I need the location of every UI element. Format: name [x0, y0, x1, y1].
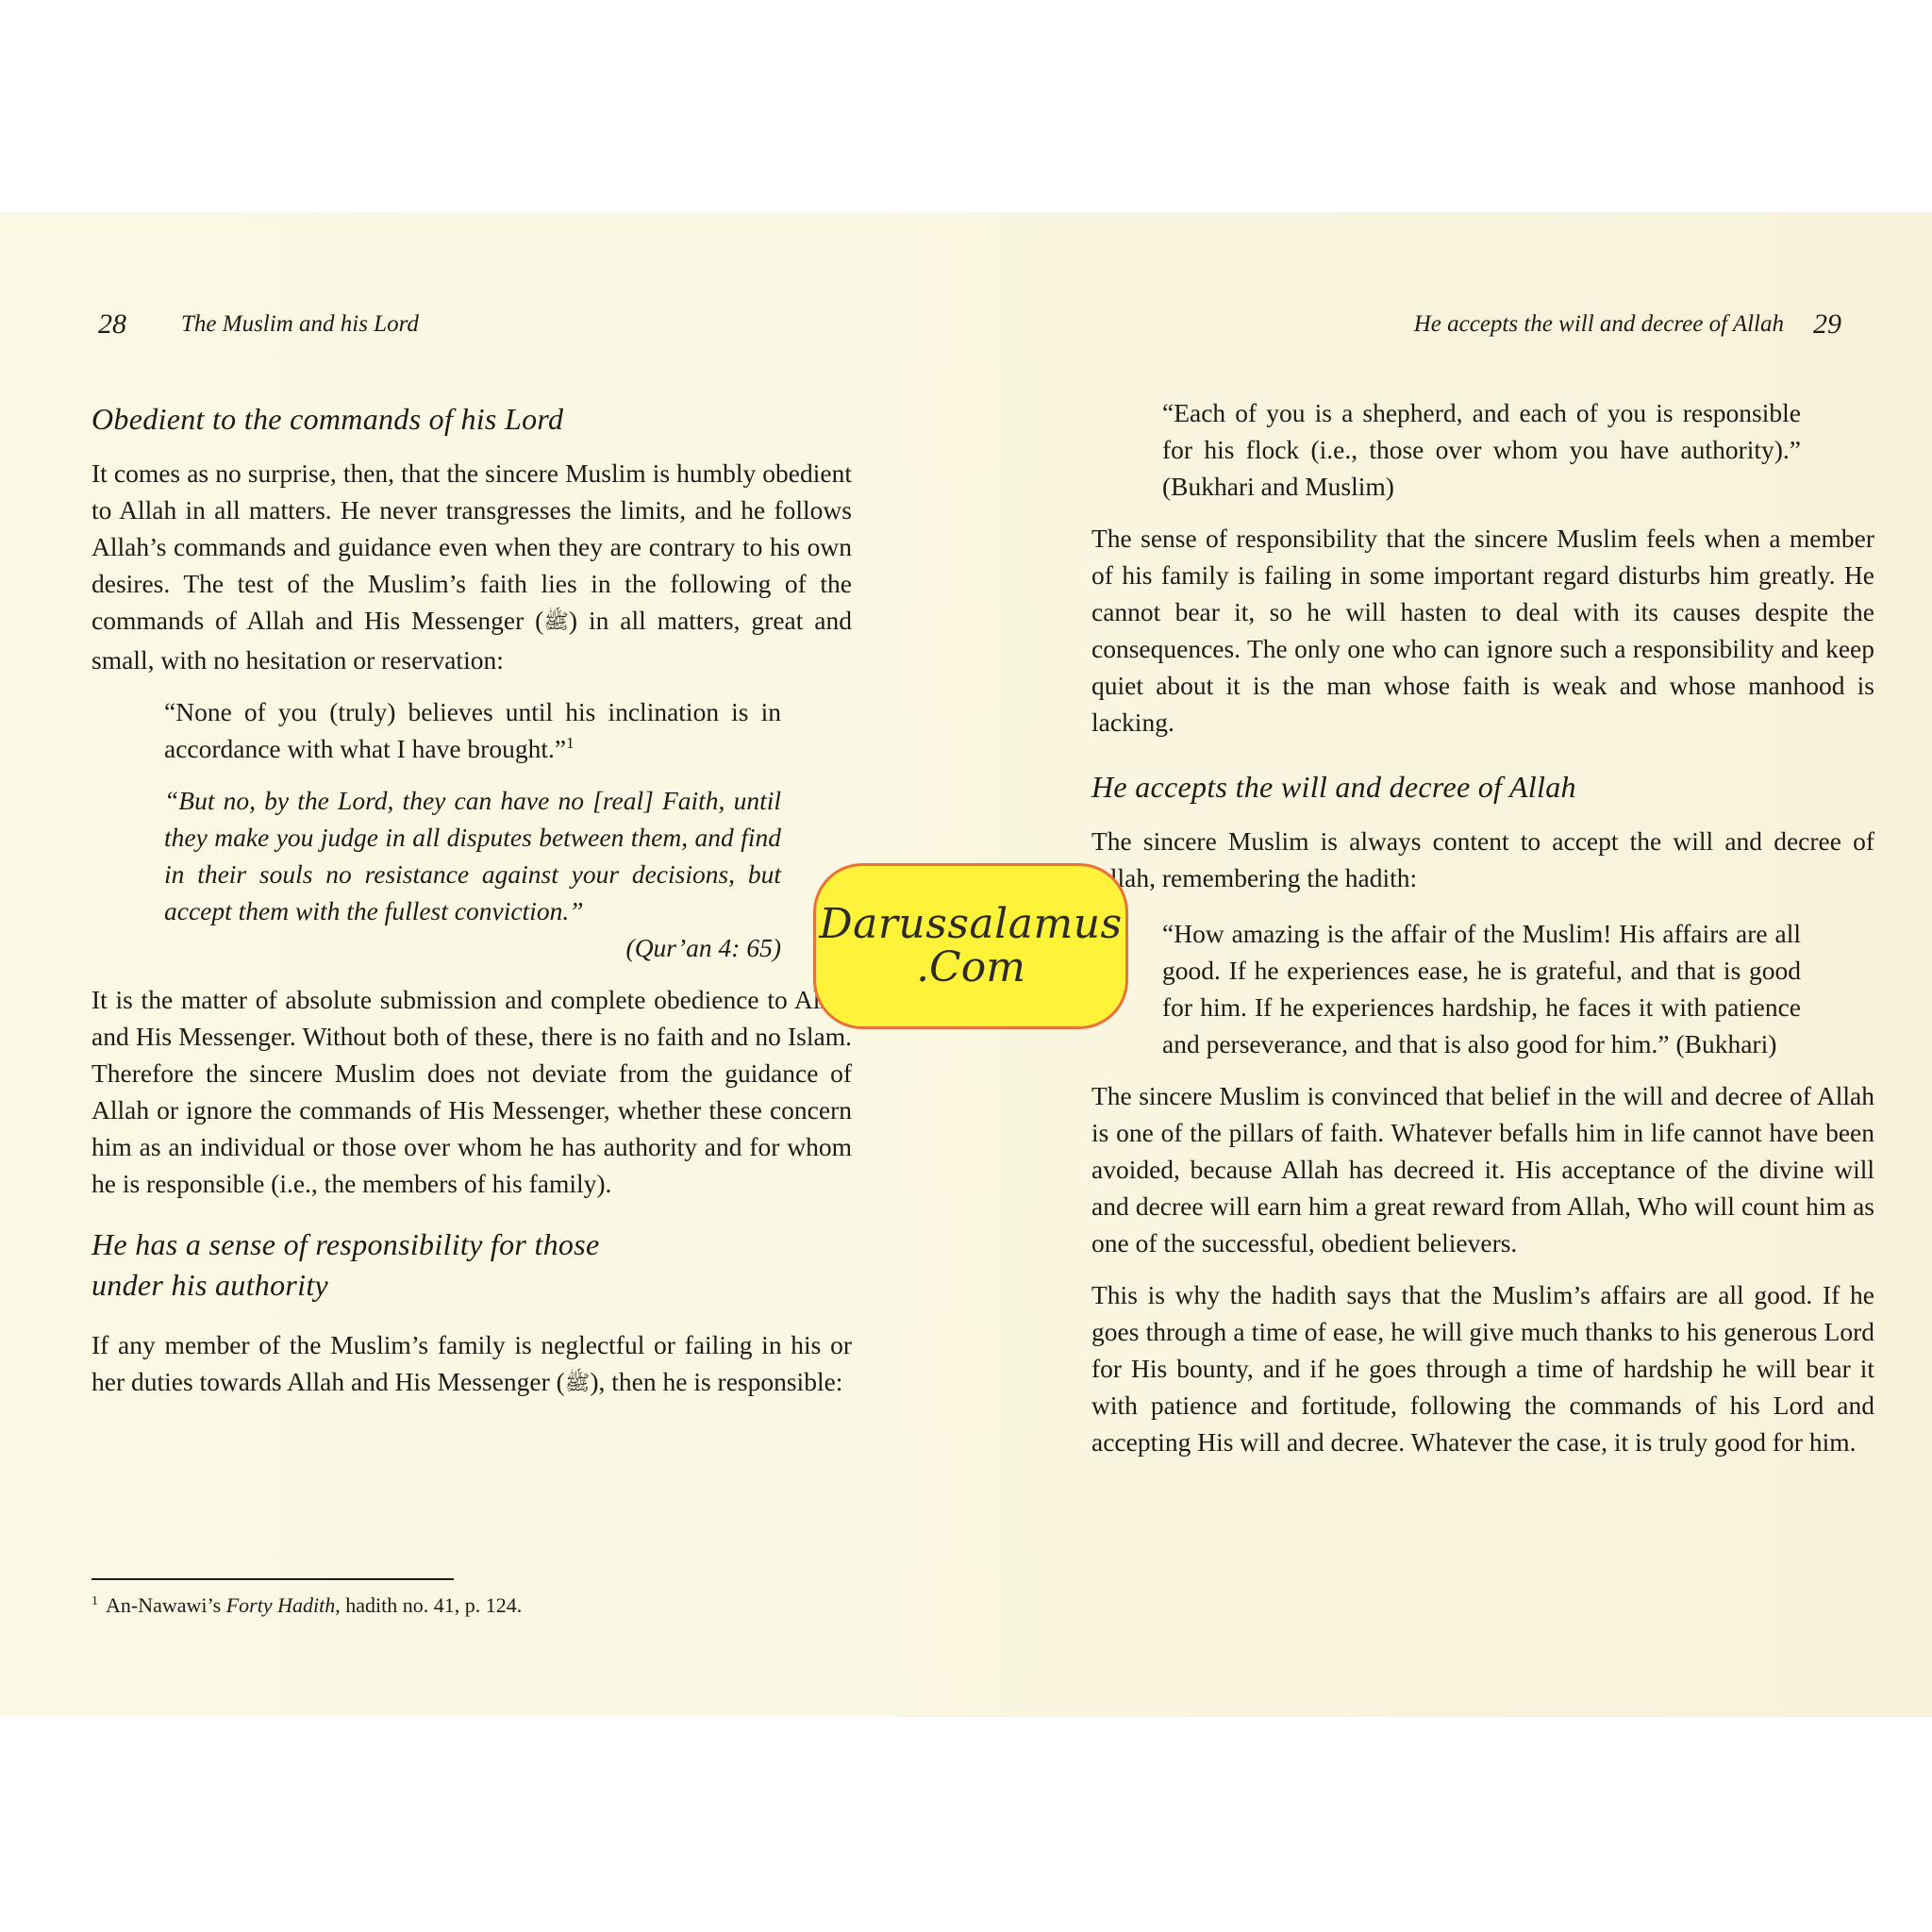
page-number: 29: [1813, 308, 1841, 341]
hadith-quote: “None of you (truly) believes until his …: [92, 693, 852, 767]
pbuh-calligraphy-icon: ﷺ: [565, 1365, 591, 1402]
watermark-line1: Darussalamus: [816, 903, 1125, 946]
watermark-logo: Darussalamus .Com: [813, 863, 1128, 1029]
paragraph: The sincere Muslim is always content to …: [1091, 823, 1874, 896]
section-heading-decree: He accepts the will and decree of Allah: [1091, 767, 1874, 808]
paragraph: It is the matter of absolute submission …: [92, 981, 852, 1202]
paragraph: If any member of the Muslim’s family is …: [92, 1326, 852, 1403]
running-head: The Muslim and his Lord: [181, 311, 419, 338]
paragraph: It comes as no surprise, then, that the …: [92, 455, 852, 678]
page-number: 28: [98, 308, 126, 341]
quran-quote: “But no, by the Lord, they can have no […: [92, 782, 852, 966]
section-heading-obedient: Obedient to the commands of his Lord: [92, 399, 852, 440]
watermark-line2: .Com: [816, 946, 1125, 990]
running-head: He accepts the will and decree of Allah: [1414, 311, 1784, 338]
left-text-column: Obedient to the commands of his Lord It …: [92, 399, 852, 1418]
hadith-quote: “Each of you is a shepherd, and each of …: [1091, 394, 1874, 505]
paragraph: The sense of responsibility that the sin…: [1091, 520, 1874, 741]
paragraph: This is why the hadith says that the Mus…: [1091, 1276, 1874, 1460]
pbuh-calligraphy-icon: ﷺ: [543, 604, 569, 641]
quran-reference: (Qur’an 4: 65): [164, 929, 781, 966]
footnote-divider: [92, 1578, 454, 1580]
section-heading-responsibility: He has a sense of responsibility for tho…: [92, 1224, 852, 1306]
footnote: 1An-Nawawi’s Forty Hadith, hadith no. 41…: [92, 1591, 522, 1620]
right-text-column: “Each of you is a shepherd, and each of …: [1091, 394, 1874, 1475]
footnote-book-title: Forty Hadith: [226, 1593, 336, 1617]
hadith-quote: “How amazing is the affair of the Muslim…: [1091, 915, 1874, 1062]
footnote-marker[interactable]: 1: [566, 734, 575, 752]
paragraph: The sincere Muslim is convinced that bel…: [1091, 1077, 1874, 1261]
